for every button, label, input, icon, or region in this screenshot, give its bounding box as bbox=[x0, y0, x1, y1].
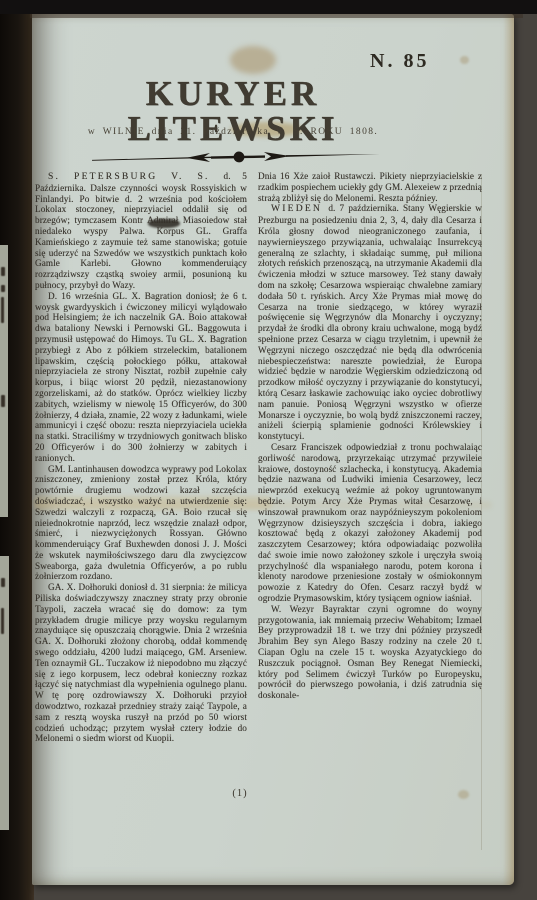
paragraph: S. PETERSBURG V. S. d. 5 Października. D… bbox=[35, 171, 247, 291]
divider-ornament bbox=[90, 148, 382, 166]
newspaper-page: N. 85 KURYER LITEWSKI w WILNIE dnia 21. … bbox=[32, 14, 514, 885]
edge-text-fragment bbox=[1, 608, 4, 634]
edge-text-fragment bbox=[1, 267, 5, 276]
scan-top-border bbox=[0, 0, 537, 14]
paragraph: GM. Lantinhausen dowodzca wyprawy pod Lo… bbox=[35, 464, 247, 583]
paragraph: D. 16 września GL. X. Bagration doniosł;… bbox=[35, 291, 247, 464]
edge-text-fragment bbox=[1, 297, 4, 323]
column-right: Dnia 16 Xże zaioł Rustawczi. Pikiety nie… bbox=[258, 171, 482, 853]
article-columns: S. PETERSBURG V. S. d. 5 Października. D… bbox=[35, 171, 482, 853]
column-left: S. PETERSBURG V. S. d. 5 Października. D… bbox=[35, 171, 247, 853]
issue-number: N. 85 bbox=[370, 50, 429, 73]
paragraph: Cesarz Franciszek odpowiedział z tronu p… bbox=[258, 442, 482, 604]
paragraph-lead: WIEDEN bbox=[271, 203, 328, 214]
paragraph: Dnia 16 Xże zaioł Rustawczi. Pikiety nie… bbox=[258, 171, 482, 203]
edge-text-fragment bbox=[1, 578, 5, 587]
adjacent-page-edge bbox=[0, 556, 9, 830]
paragraph: GA. X. Dołhoruki doniosł d. 31 sierpnia:… bbox=[35, 582, 247, 744]
adjacent-page-edge bbox=[0, 245, 8, 517]
stain bbox=[230, 46, 276, 74]
paragraph: WIEDEN d. 7 października. Stany Węgiersk… bbox=[258, 203, 482, 442]
page-number: (1) bbox=[218, 788, 262, 799]
scanned-page-background: N. 85 KURYER LITEWSKI w WILNIE dnia 21. … bbox=[0, 0, 537, 900]
edge-text-fragment bbox=[1, 395, 5, 407]
paper-top-edge bbox=[30, 14, 523, 18]
paragraph-lead: S. PETERSBURG V. S. bbox=[48, 171, 224, 182]
edge-text-fragment bbox=[1, 285, 5, 292]
paper-edge-discoloration bbox=[503, 14, 514, 885]
dateline: w WILNIE dnia 21. Października V. S. ROK… bbox=[32, 127, 434, 137]
stain bbox=[460, 56, 469, 64]
paragraph: W. Wezyr Bayraktar czyni ogromne do woyn… bbox=[258, 604, 482, 701]
